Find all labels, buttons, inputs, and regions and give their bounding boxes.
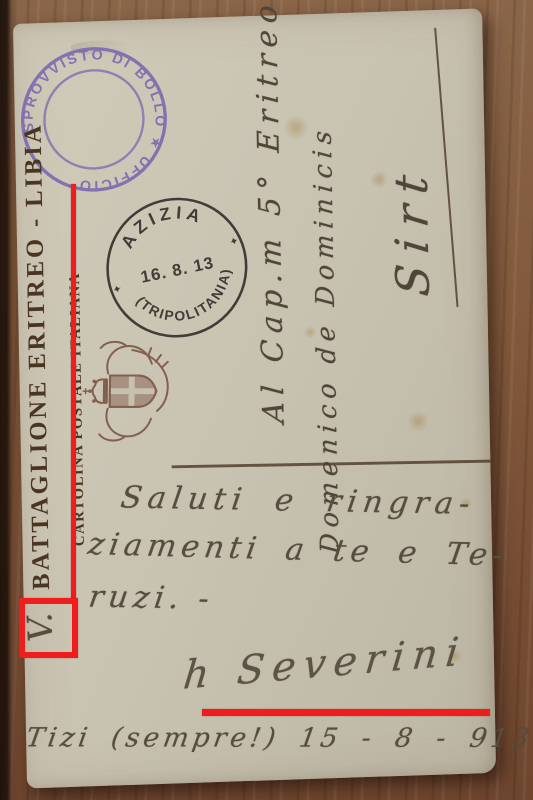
savoy-coat-of-arms-icon [75,327,216,455]
battalion-line: BATTAGLIONE ERITREO - LIBIA [20,158,68,591]
annotation-vertical-line [71,184,76,600]
foxing-spot [407,410,429,432]
annotation-signature-underline [202,709,490,716]
address-line-1: Al Cap.m 5° Eritreo [250,20,299,425]
dateline: Tizi (sempre!) 15 - 8 - 913 [24,723,533,754]
postmark-date: 16. 8. 13 [139,253,216,287]
annotation-box-corps-number [19,598,78,658]
postcard: SPROVVISTO DI BOLLO ★ UFFICIO BATTAGLION… [13,8,496,788]
message-line-1: Saluti e ringra- [118,480,477,522]
message-line-3: ruzi. - [86,579,216,617]
message-line-2: ziamenti a te e Te- [86,527,510,574]
address-line-3: Sirt [384,143,439,315]
signature: h Severini [181,629,468,699]
postcard-photo: SPROVVISTO DI BOLLO ★ UFFICIO BATTAGLION… [0,0,533,800]
